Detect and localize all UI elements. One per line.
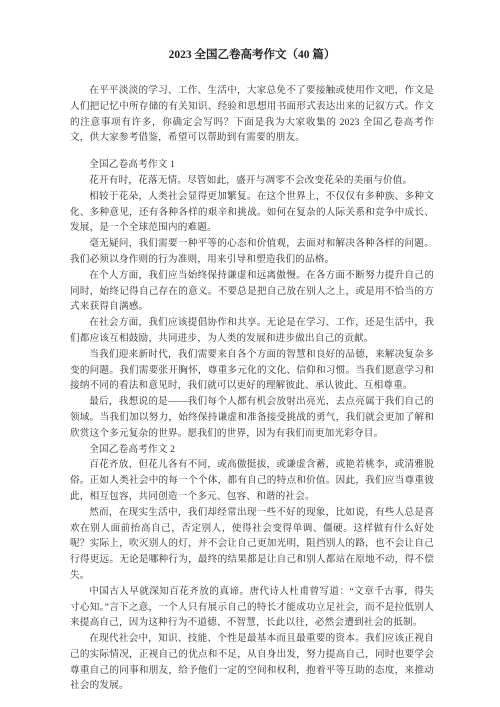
document-title: 2023 全国乙卷高考作文（40 篇） <box>70 47 434 63</box>
essay-2-paragraph: 百花齐放，但花儿各有不同，或高傲挺拔，或谦虚含蓄，或艳若桃李，或清雅脱俗。正如人… <box>70 457 434 504</box>
essay-1-paragraph: 在社会方面，我们应该提倡协作和共享。无论是在学习、工作，还是生活中，我们都应该互… <box>70 315 434 347</box>
essay-1-paragraph: 毫无疑问，我们需要一种平等的心态和价值观，去面对和解决各种各样的问题。我们必须以… <box>70 236 434 268</box>
essay-1-heading: 全国乙卷高考作文 1 <box>70 157 434 173</box>
essay-2-heading: 全国乙卷高考作文 2 <box>70 442 434 458</box>
intro-paragraph: 在平平淡淡的学习、工作、生活中，大家总免不了要接触或使用作文吧，作文是人们把记忆… <box>70 83 434 146</box>
essay-2-paragraph: 中国古人早就深知百花齐放的真谛。唐代诗人杜甫曾写道：“文章千古事，得失寸心知。”… <box>70 584 434 631</box>
document-page: 2023 全国乙卷高考作文（40 篇） 在平平淡淡的学习、工作、生活中，大家总免… <box>0 0 500 707</box>
essay-2-paragraph: 在现代社会中，知识、技能、个性是最基本而且最重要的资本。我们应该正视自己的实际情… <box>70 631 434 694</box>
essay-1-paragraph: 当我们迎来新时代，我们需要来自各个方面的智慧和良好的品德，来解决复杂多变的问题。… <box>70 347 434 394</box>
essay-1-paragraph: 在个人方面，我们应当始终保持谦虚和远离傲慢。在各方面不断努力提升自己的同时，始终… <box>70 268 434 315</box>
essay-1-paragraph: 花开有时，花落无情。尽管如此，盛开与凋零不会改变花朵的美丽与价值。 <box>70 173 434 189</box>
essay-1-paragraph: 相较于花朵，人类社会显得更加繁复。在这个世界上，不仅仅有多种族、多种文化、多种意… <box>70 189 434 236</box>
essay-1-paragraph: 最后，我想说的是——我们每个人都有机会放射出亮光，去点亮属于我们自己的领域。当我… <box>70 394 434 441</box>
essay-2-paragraph: 然而，在现实生活中，我们却经常出现一些不好的现象，比如说，有些人总是喜欢在别人面… <box>70 505 434 584</box>
